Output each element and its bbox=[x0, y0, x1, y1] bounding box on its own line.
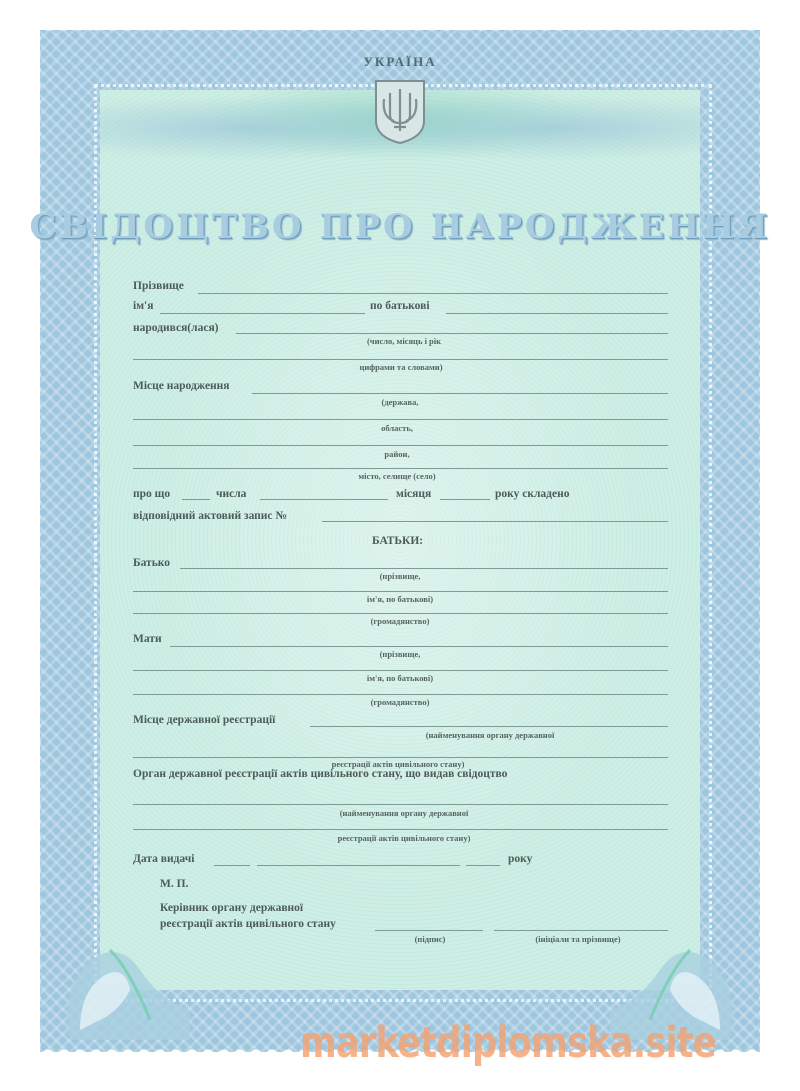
birthplace-hint-district: район, bbox=[384, 449, 409, 459]
registration-place-line-1[interactable] bbox=[310, 726, 668, 727]
registration-place-hint-1: (найменування органу державної bbox=[426, 730, 555, 740]
act-record-label: відповідний актовий запис № bbox=[133, 510, 287, 522]
month-line[interactable] bbox=[260, 499, 388, 500]
issue-year-line[interactable] bbox=[466, 865, 500, 866]
issuer-line-2[interactable] bbox=[133, 829, 668, 830]
father-hint-name: ім'я, по батькові) bbox=[367, 594, 433, 604]
birthplace-line-2[interactable] bbox=[133, 419, 668, 420]
birthplace-line-1[interactable] bbox=[252, 393, 668, 394]
head-label-1: Керівник органу державної bbox=[160, 902, 303, 914]
day-label: числа bbox=[216, 488, 246, 500]
issuer-label: Орган державної реєстрації актів цивільн… bbox=[133, 768, 507, 780]
signature-line[interactable] bbox=[375, 930, 483, 931]
name-label: ім'я bbox=[133, 300, 153, 312]
issuer-line-1[interactable] bbox=[133, 804, 668, 805]
father-hint-citizenship: (громадянство) bbox=[371, 616, 430, 626]
birthplace-line-4[interactable] bbox=[133, 468, 668, 469]
father-line-1[interactable] bbox=[180, 568, 668, 569]
about-label: про що bbox=[133, 488, 170, 500]
issue-year-label: року bbox=[508, 853, 532, 865]
name-line[interactable] bbox=[160, 313, 365, 314]
patronymic-label: по батькові bbox=[370, 300, 430, 312]
father-hint-surname: (прізвище, bbox=[380, 571, 421, 581]
birthplace-hint-state: (держава, bbox=[381, 397, 418, 407]
surname-line[interactable] bbox=[198, 293, 668, 294]
born-hint-2: цифрами та словами) bbox=[359, 362, 442, 372]
country-name: УКРАЇНА bbox=[0, 54, 800, 70]
issuer-hint-1: (найменування органу державної bbox=[340, 808, 469, 818]
surname-label: Прізвище bbox=[133, 280, 184, 292]
registration-place-label: Місце державної реєстрації bbox=[133, 714, 275, 726]
issue-date-label: Дата видачі bbox=[133, 853, 194, 865]
year-compiled-label: року складено bbox=[495, 488, 569, 500]
head-label-2: реєстрації актів цивільного стану bbox=[160, 918, 336, 930]
mother-line-2[interactable] bbox=[133, 670, 668, 671]
mother-label: Мати bbox=[133, 633, 162, 645]
father-label: Батько bbox=[133, 557, 170, 569]
border-scallop-left bbox=[34, 30, 44, 1052]
born-line-1[interactable] bbox=[236, 333, 668, 334]
border-scallop-top bbox=[40, 24, 760, 34]
father-line-2[interactable] bbox=[133, 591, 668, 592]
issue-day-line[interactable] bbox=[214, 865, 250, 866]
watermark: marketdiplomska.site bbox=[300, 1018, 716, 1068]
border-scallop-right bbox=[756, 30, 766, 1052]
birthplace-label: Місце народження bbox=[133, 380, 230, 392]
mother-line-3[interactable] bbox=[133, 694, 668, 695]
month-label: місяця bbox=[396, 488, 431, 500]
mother-hint-surname: (прізвище, bbox=[380, 649, 421, 659]
tryzub-coat-of-arms-icon bbox=[372, 77, 428, 145]
issue-month-line[interactable] bbox=[257, 865, 460, 866]
act-record-line[interactable] bbox=[322, 521, 668, 522]
birthplace-hint-region: область, bbox=[381, 423, 413, 433]
issuer-hint-2: реєстрації актів цивільного стану) bbox=[338, 833, 471, 843]
patronymic-line[interactable] bbox=[446, 313, 668, 314]
registration-place-line-2[interactable] bbox=[133, 757, 668, 758]
mother-line-1[interactable] bbox=[170, 646, 668, 647]
stamp-label: М. П. bbox=[160, 878, 188, 890]
day-line[interactable] bbox=[182, 499, 210, 500]
born-hint-1: (число, місяць і рік bbox=[367, 336, 441, 346]
father-line-3[interactable] bbox=[133, 613, 668, 614]
mother-hint-name: ім'я, по батькові) bbox=[367, 673, 433, 683]
born-label: народився(лася) bbox=[133, 322, 219, 334]
document-title: СВІДОЦТВО ПРО НАРОДЖЕННЯ bbox=[0, 207, 800, 247]
birthplace-line-3[interactable] bbox=[133, 445, 668, 446]
signature-hint: (підпис) bbox=[415, 934, 446, 944]
year-line[interactable] bbox=[440, 499, 490, 500]
parents-heading: БАТЬКИ: bbox=[372, 535, 423, 547]
birthplace-hint-city: місто, селище (село) bbox=[358, 471, 435, 481]
bird-ornament-icon bbox=[50, 930, 200, 1050]
born-line-2[interactable] bbox=[133, 359, 668, 360]
mother-hint-citizenship: (громадянство) bbox=[371, 697, 430, 707]
